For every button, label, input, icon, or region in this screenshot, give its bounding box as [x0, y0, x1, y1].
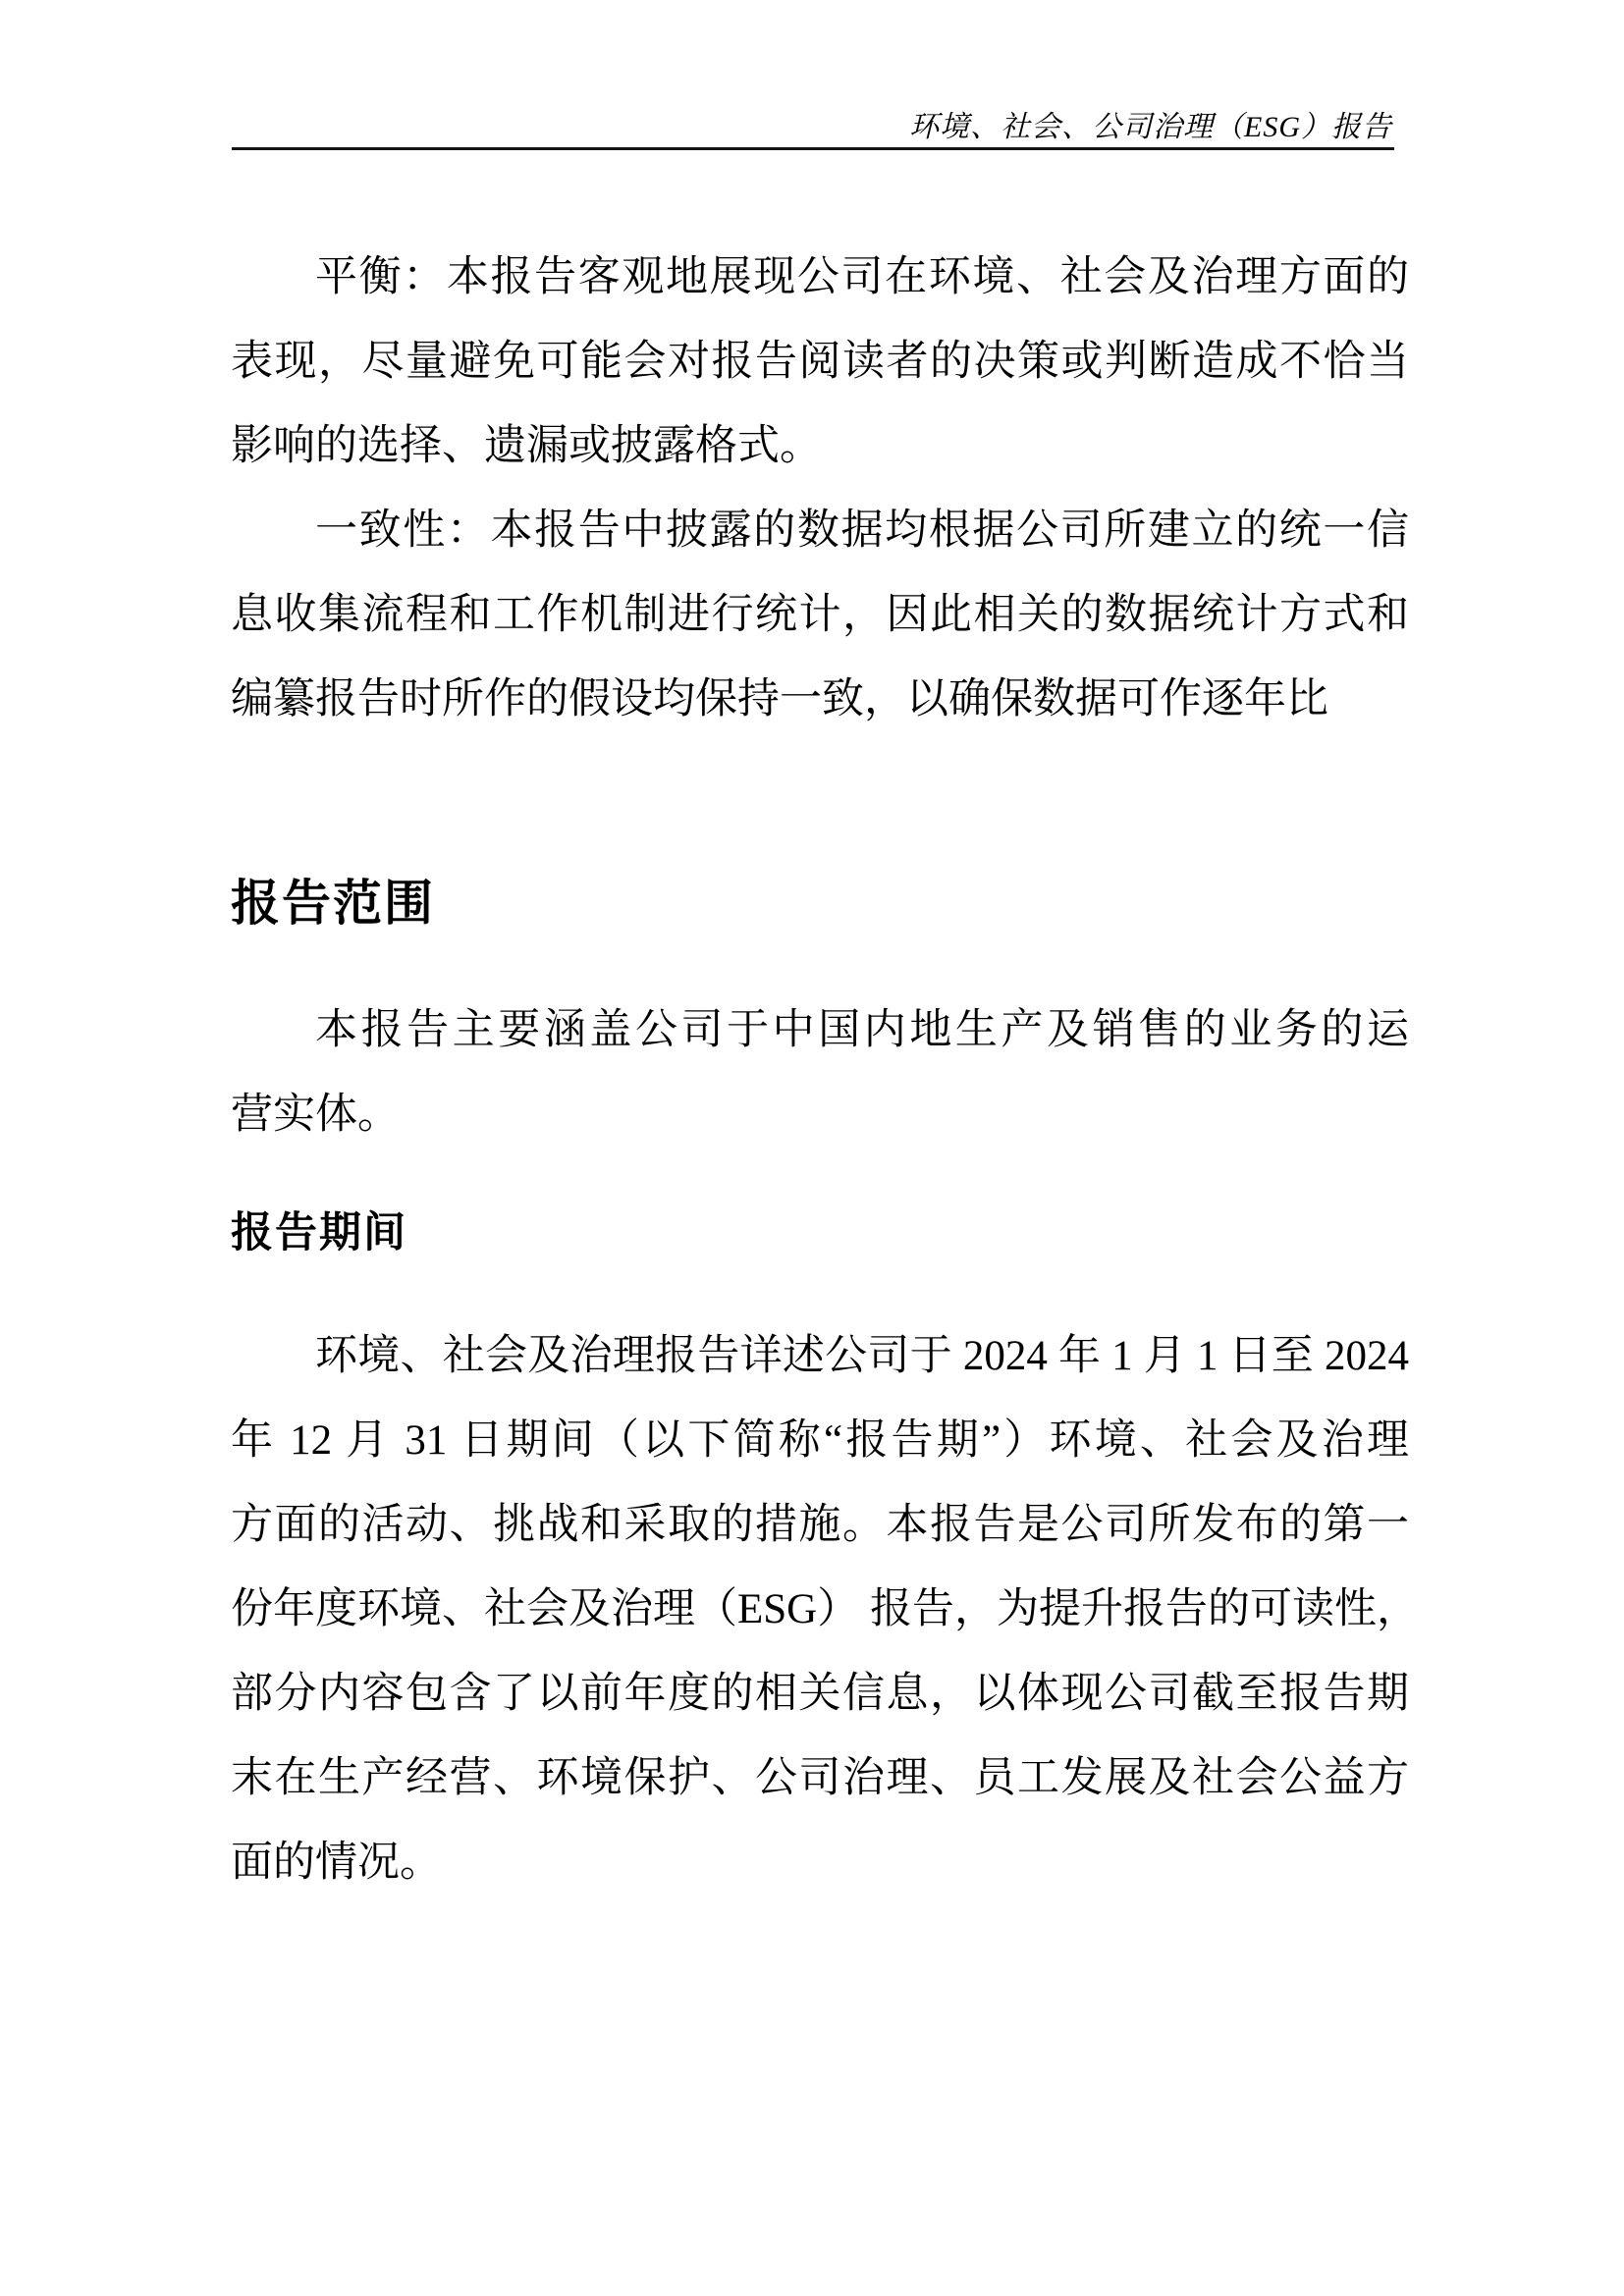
text-line: 环境、社会及治理报告详述公司于 2024 年 1 月 1 日至 2024 — [231, 1314, 1409, 1399]
text-line: 方面的活动、挑战和采取的措施。本报告是公司所发布的第一 — [231, 1483, 1409, 1568]
text-line: 营实体。 — [231, 1073, 1409, 1157]
text-line: 面的情况。 — [231, 1821, 1409, 1905]
body-content: 平衡：本报告客观地展现公司在环境、社会及治理方面的 表现，尽量避免可能会对报告阅… — [231, 236, 1409, 742]
text-line: 编纂报告时所作的假设均保持一致，以确保数据可作逐年比较。 — [231, 658, 1409, 742]
paragraph-report-period: 环境、社会及治理报告详述公司于 2024 年 1 月 1 日至 2024 年 1… — [231, 1314, 1409, 1905]
paragraph-report-scope: 本报告主要涵盖公司于中国内地生产及销售的业务的运 营实体。 — [231, 988, 1409, 1157]
header-title: 环境、社会、公司治理（ESG）报告 — [909, 111, 1394, 148]
text-line: 一致性：本报告中披露的数据均根据公司所建立的统一信 — [231, 489, 1409, 573]
document-page: 环境、社会、公司治理（ESG）报告 平衡：本报告客观地展现公司在环境、社会及治理… — [0, 0, 1624, 2296]
text-line: 影响的选择、遗漏或披露格式。 — [231, 404, 1409, 489]
section-heading-report-period: 报告期间 — [231, 1212, 407, 1255]
text-line: 本报告主要涵盖公司于中国内地生产及销售的业务的运 — [231, 988, 1409, 1073]
section-heading-report-scope: 报告范围 — [231, 879, 435, 928]
paragraph-balance: 平衡：本报告客观地展现公司在环境、社会及治理方面的 表现，尽量避免可能会对报告阅… — [231, 236, 1409, 489]
text-line: 表现，尽量避免可能会对报告阅读者的决策或判断造成不恰当 — [231, 320, 1409, 404]
paragraph-consistency: 一致性：本报告中披露的数据均根据公司所建立的统一信 息收集流程和工作机制进行统计… — [231, 489, 1409, 742]
text-line: 份年度环境、社会及治理（ESG） 报告，为提升报告的可读性， — [231, 1568, 1409, 1652]
text-line: 平衡：本报告客观地展现公司在环境、社会及治理方面的 — [231, 236, 1409, 320]
text-line: 息收集流程和工作机制进行统计，因此相关的数据统计方式和 — [231, 573, 1409, 658]
page-header: 环境、社会、公司治理（ESG）报告 — [232, 0, 1394, 150]
text-line: 年 12 月 31 日期间（以下简称“报告期”）环境、社会及治理 — [231, 1399, 1409, 1483]
text-line: 部分内容包含了以前年度的相关信息，以体现公司截至报告期 — [231, 1652, 1409, 1736]
text-line: 末在生产经营、环境保护、公司治理、员工发展及社会公益方 — [231, 1736, 1409, 1821]
